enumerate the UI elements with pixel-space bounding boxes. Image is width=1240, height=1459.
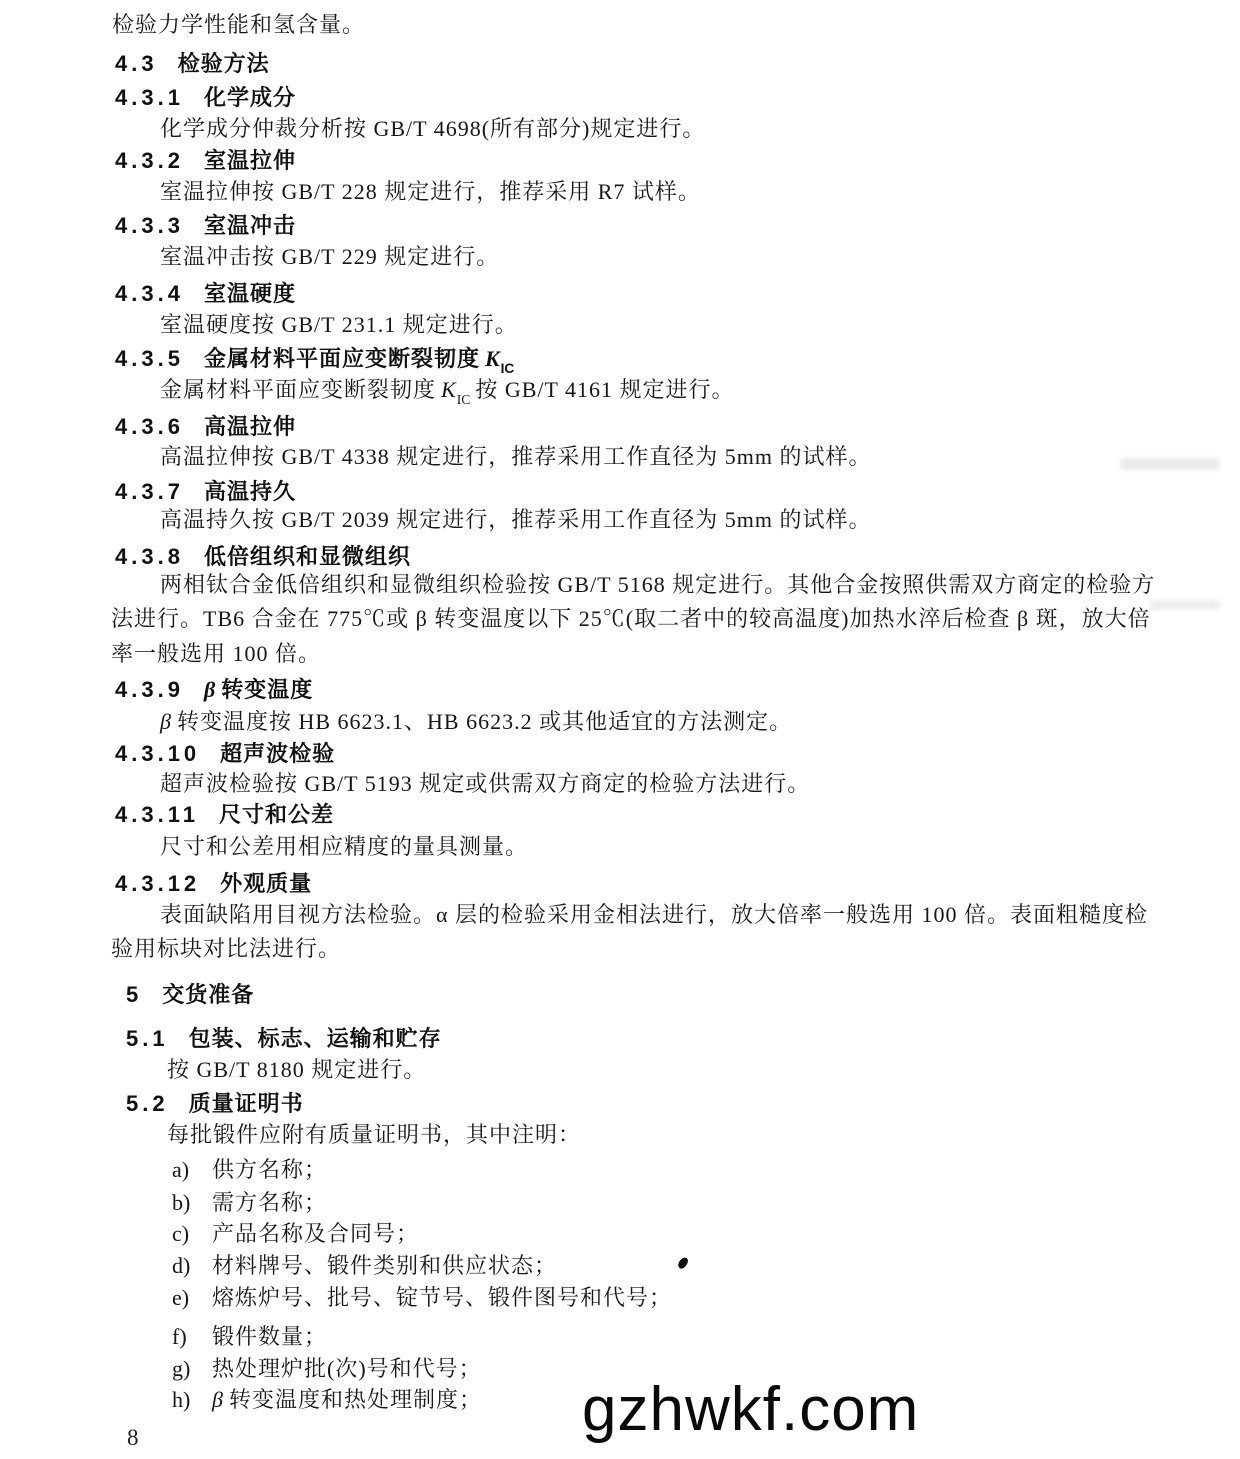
section-number: 4.3.12: [115, 871, 200, 897]
section-number: 4.3.4: [115, 281, 184, 307]
section-number: 4.3.10: [115, 741, 200, 767]
section-body-4-3-6: 高温拉伸按 GB/T 4338 规定进行，推荐采用工作直径为 5mm 的试样。: [160, 440, 871, 471]
list-letter: e): [172, 1285, 212, 1311]
section-body-4-3-4: 室温硬度按 GB/T 231.1 规定进行。: [160, 308, 518, 339]
section-title: 外观质量: [220, 871, 312, 896]
section-heading-5-1: 5.1包装、标志、运输和贮存: [126, 1022, 442, 1053]
section-number: 4.3: [115, 51, 158, 77]
scan-artifact: [1150, 600, 1220, 610]
section-heading-4-3-5: 4.3.5金属材料平面应变断裂韧度KIC: [115, 342, 519, 374]
ink-dot-artifact: [677, 1256, 690, 1270]
list-letter: b): [172, 1190, 212, 1216]
body-text: 按 GB/T 4161 规定进行。: [475, 377, 734, 402]
watermark: gzhwkf.com: [582, 1374, 919, 1445]
section-body-4-3-12-line2: 验用标块对比法进行。: [111, 932, 341, 963]
beta-symbol: β: [212, 1387, 224, 1412]
list-letter: h): [172, 1387, 212, 1413]
section-title: 室温硬度: [204, 281, 296, 306]
section-title: 尺寸和公差: [219, 802, 334, 827]
section-heading-4-3-9: 4.3.9β转变温度: [115, 673, 313, 704]
section-title: 室温冲击: [204, 213, 296, 238]
section-number: 4.3.3: [115, 213, 184, 239]
section-body-4-3-5: 金属材料平面应变断裂韧度KIC按 GB/T 4161 规定进行。: [160, 373, 735, 406]
list-item-e: e)熔炼炉号、批号、锭节号、锻件图号和代号；: [172, 1281, 672, 1312]
section-heading-4-3: 4.3检验方法: [115, 47, 270, 78]
list-item-d: d)材料牌号、锻件类别和供应状态；: [172, 1249, 557, 1280]
section-heading-4-3-6: 4.3.6高温拉伸: [115, 410, 296, 441]
section-title-text: 金属材料平面应变断裂韧度: [204, 346, 480, 371]
section-number: 4.3.6: [115, 414, 184, 440]
section-heading-4-3-10: 4.3.10超声波检验: [115, 737, 335, 768]
section-number: 4.3.5: [115, 346, 184, 372]
section-body-4-3-9: β转变温度按 HB 6623.1、HB 6623.2 或其他适宜的方法测定。: [160, 705, 792, 736]
list-letter: g): [172, 1356, 212, 1382]
list-text: 产品名称及合同号；: [212, 1221, 419, 1246]
body-text: 金属材料平面应变断裂韧度: [160, 377, 436, 402]
section-title: 超声波检验: [220, 741, 335, 766]
list-text: 热处理炉批(次)号和代号；: [212, 1356, 482, 1381]
section-title: β转变温度: [204, 677, 313, 702]
section-title: 检验方法: [178, 51, 270, 76]
section-body-4-3-8-line1: 两相钛合金低倍组织和显微组织检验按 GB/T 5168 规定进行。其他合金按照供…: [160, 568, 1155, 599]
body-text: 转变温度按 HB 6623.1、HB 6623.2 或其他适宜的方法测定。: [177, 709, 792, 734]
list-item-g: g)热处理炉批(次)号和代号；: [172, 1352, 482, 1383]
list-item-b: b)需方名称；: [172, 1186, 327, 1217]
list-text: 需方名称；: [212, 1190, 327, 1215]
list-text: 供方名称；: [212, 1157, 327, 1182]
section-body-4-3-8-line2: 法进行。TB6 合金在 775℃或 β 转变温度以下 25℃(取二者中的较高温度…: [111, 602, 1151, 633]
section-title: 高温持久: [204, 479, 296, 504]
section-body-4-3-11: 尺寸和公差用相应精度的量具测量。: [160, 830, 528, 861]
section-heading-4-3-7: 4.3.7高温持久: [115, 475, 296, 506]
section-heading-4-3-2: 4.3.2室温拉伸: [115, 144, 296, 175]
list-text: 熔炼炉号、批号、锭节号、锻件图号和代号；: [212, 1285, 672, 1310]
list-text: 转变温度和热处理制度；: [229, 1387, 482, 1412]
section-title: 质量证明书: [189, 1091, 304, 1116]
intro-text: 检验力学性能和氢含量。: [112, 8, 365, 39]
list-letter: f): [172, 1324, 212, 1350]
section-number: 4.3.11: [115, 802, 199, 828]
k-letter: K: [441, 377, 457, 402]
section-number: 4.3.7: [115, 479, 184, 505]
list-letter: a): [172, 1157, 212, 1183]
section-number: 4.3.1: [115, 85, 184, 111]
k-letter: K: [485, 346, 501, 371]
scan-artifact: [1120, 458, 1220, 470]
section-number: 5.1: [126, 1026, 169, 1052]
kic-symbol: KIC: [485, 346, 514, 371]
list-item-c: c)产品名称及合同号；: [172, 1217, 419, 1248]
page-number: 8: [127, 1425, 139, 1451]
k-subscript: IC: [457, 392, 471, 407]
list-item-a: a)供方名称；: [172, 1153, 327, 1184]
section-title-text: 转变温度: [221, 677, 313, 702]
section-body-4-3-8-line3: 率一般选用 100 倍。: [111, 637, 321, 668]
section-body-4-3-1: 化学成分仲裁分析按 GB/T 4698(所有部分)规定进行。: [160, 112, 705, 143]
beta-symbol: β: [160, 709, 172, 734]
section-heading-4-3-12: 4.3.12外观质量: [115, 867, 312, 898]
section-title: 高温拉伸: [204, 414, 296, 439]
section-title: 低倍组织和显微组织: [204, 544, 411, 569]
section-number: 5.2: [126, 1091, 169, 1117]
section-heading-4-3-8: 4.3.8低倍组织和显微组织: [115, 540, 411, 571]
section-body-4-3-10: 超声波检验按 GB/T 5193 规定或供需双方商定的检验方法进行。: [160, 767, 810, 798]
section-body-4-3-7: 高温持久按 GB/T 2039 规定进行，推荐采用工作直径为 5mm 的试样。: [160, 503, 871, 534]
section-number: 4.3.8: [115, 544, 184, 570]
section-body-4-3-3: 室温冲击按 GB/T 229 规定进行。: [160, 240, 499, 271]
section-heading-4-3-11: 4.3.11尺寸和公差: [115, 798, 334, 829]
section-heading-5: 5交货准备: [126, 978, 254, 1009]
section-number: 4.3.2: [115, 148, 184, 174]
section-title: 化学成分: [204, 85, 296, 110]
section-title: 室温拉伸: [204, 148, 296, 173]
kic-symbol: KIC: [441, 377, 470, 402]
section-body-4-3-12-line1: 表面缺陷用目视方法检验。α 层的检验采用金相法进行，放大倍率一般选用 100 倍…: [160, 898, 1148, 929]
list-item-h: h)β转变温度和热处理制度；: [172, 1383, 482, 1414]
section-heading-5-2: 5.2质量证明书: [126, 1087, 304, 1118]
document-page: 检验力学性能和氢含量。 4.3检验方法 4.3.1化学成分 化学成分仲裁分析按 …: [0, 0, 1240, 1459]
section-body-4-3-2: 室温拉伸按 GB/T 228 规定进行，推荐采用 R7 试样。: [160, 175, 701, 206]
section-heading-4-3-1: 4.3.1化学成分: [115, 81, 296, 112]
section-number: 4.3.9: [115, 677, 184, 703]
list-letter: c): [172, 1221, 212, 1247]
section-body-5-1: 按 GB/T 8180 规定进行。: [167, 1053, 426, 1084]
beta-symbol: β: [204, 677, 216, 702]
section-heading-4-3-4: 4.3.4室温硬度: [115, 277, 296, 308]
section-title: 金属材料平面应变断裂韧度KIC: [204, 346, 519, 371]
section-number: 5: [126, 982, 142, 1008]
section-body-5-2: 每批锻件应附有质量证明书，其中注明：: [167, 1118, 581, 1149]
section-heading-4-3-3: 4.3.3室温冲击: [115, 209, 296, 240]
section-title: 交货准备: [162, 982, 254, 1007]
list-letter: d): [172, 1253, 212, 1279]
list-item-f: f)锻件数量；: [172, 1320, 327, 1351]
section-title: 包装、标志、运输和贮存: [189, 1026, 442, 1051]
list-text: 锻件数量；: [212, 1324, 327, 1349]
list-text: 材料牌号、锻件类别和供应状态；: [212, 1253, 557, 1278]
